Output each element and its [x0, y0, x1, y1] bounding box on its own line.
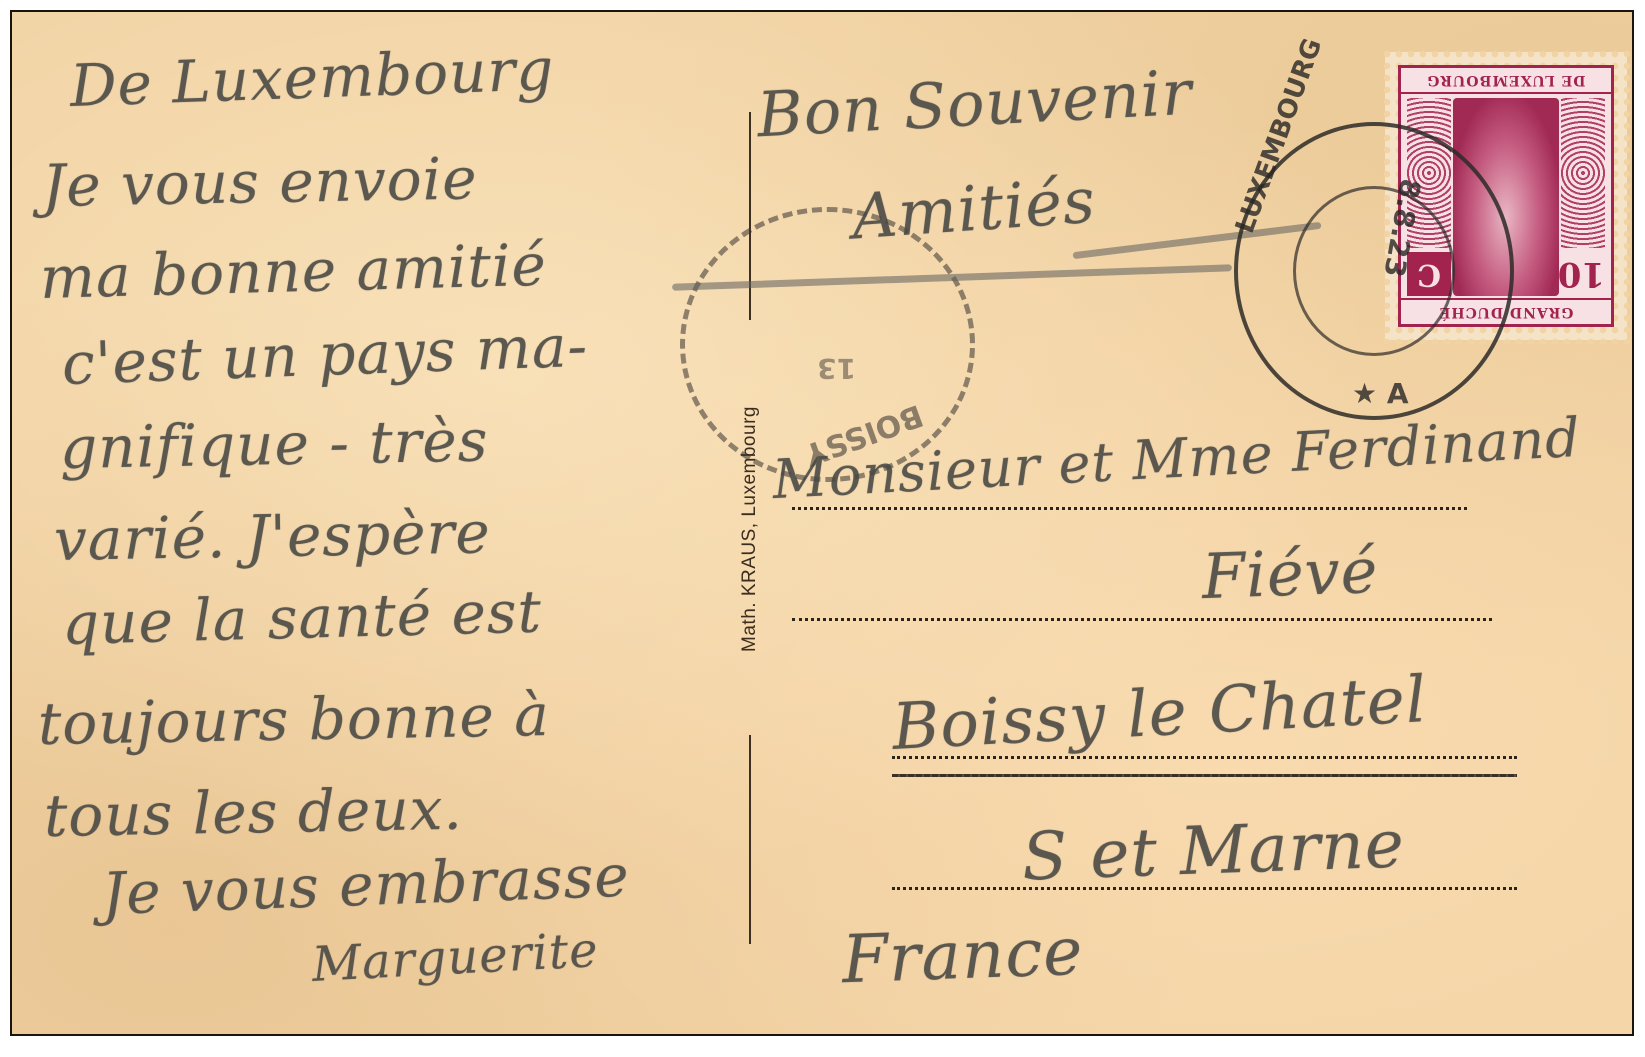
address-line-5: France [841, 913, 1085, 998]
address-dotted-line-2 [792, 618, 1492, 621]
stamp-value: 10 [1561, 252, 1605, 296]
departure-postmark-inner-ring [1293, 186, 1455, 356]
message-line-5: gnifique - très [59, 407, 489, 482]
message-line-3: ma bonne amitié [39, 231, 547, 312]
signature: Marguerite [311, 922, 600, 993]
address-line-4: S et Marne [1021, 805, 1406, 895]
address-line-3: Boissy le Chatel [890, 663, 1428, 765]
message-line-6: varié. J'espère [53, 498, 491, 574]
stamp-ornament-icon [1561, 98, 1605, 248]
postcard: De Luxembourg Je vous envoie ma bonne am… [10, 10, 1634, 1036]
message-line-1: De Luxembourg [69, 35, 555, 120]
arrival-postmark-date: 13 [817, 352, 856, 385]
message-line-10: Je vous embrasse [101, 842, 631, 928]
message-line-7: que la santé est [61, 577, 543, 658]
stamp-country-top: DE LUXEMBOURG [1401, 68, 1611, 94]
message-line-8: toujours bonne à [37, 681, 550, 758]
message-line-9: tous les deux. [43, 775, 463, 850]
greeting-line-1: Bon Souvenir [755, 56, 1194, 152]
address-underline [892, 774, 1517, 777]
message-line-2: Je vous envoie [41, 144, 478, 220]
divider-bottom [749, 735, 751, 944]
departure-postmark-mark: ★ A [1352, 377, 1409, 410]
address-line-2: Fiévé [1201, 534, 1380, 613]
address-dotted-line-1 [792, 507, 1467, 510]
greeting-line-2: Amitiés [850, 164, 1098, 254]
message-line-4: c'est un pays ma- [61, 312, 589, 398]
